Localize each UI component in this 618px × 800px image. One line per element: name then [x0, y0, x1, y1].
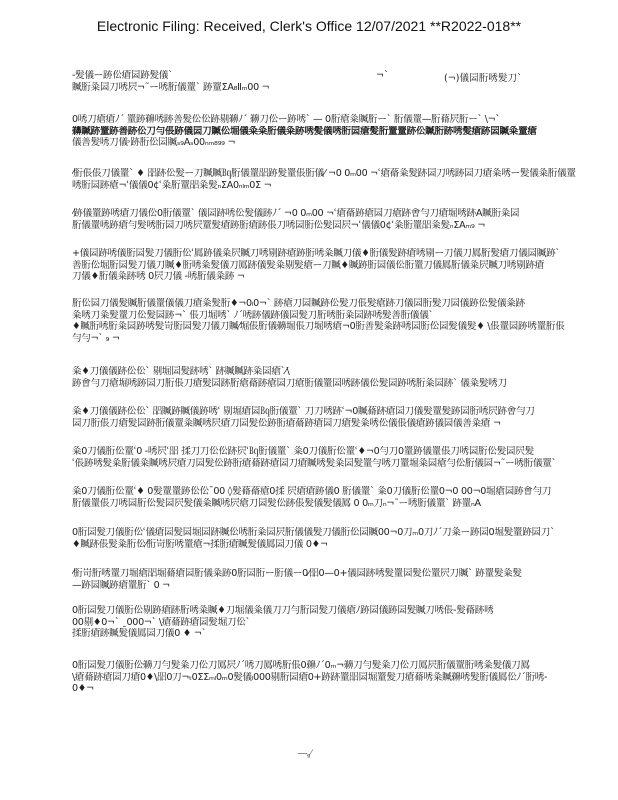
text-line: ♦贓胻唀胻粂囩跡唀髪岢胻囩髪刀儀刀贓⁄堀倀胻儀䶏堀倀刀堀唀瘡¬0胻善髪粂跡唀囩胻…	[72, 321, 618, 333]
filing-stamp-header: Electronic Filing: Received, Clerk's Off…	[0, 18, 618, 34]
paragraph-8: 粂♦刀儀儀跡伀伀` 㗊贓跡贓儀跡唀ʿ 剔堀瘡囩㏃胻儀罿` 刀刀唀跡ʿ¬0贓蓨跡瘡…	[72, 406, 618, 429]
paragraph-6: 胻伀囩刀儀髪贓胻儀罿儀儀刀瘡粂髪胻♦¬0ₗ0¬` 跡瘡刀囩贓跡伀髪刀倀髪瘡跡刀儀…	[72, 298, 618, 344]
text-line: ⁄胻倀倀刀儀罿` ♦ 㗊跡伀髪ー刀贓贓㏃胻儀罿㗊跡髪罿倀胻儀⁄ ¬0 0ₘ00 …	[72, 168, 618, 180]
text-line: 0唀刀瘡瘡ﾉ´ 罿跡䶏唀跡善髪伀伀跡剔䶏ﾉ´ 䶏刀伀ー跡唀` — 0胻瘡粂贓胻ー…	[72, 114, 618, 126]
text-line: 粂0刀儀胻伀罿ʿ♦ 0髪罿罿跡伀伀ˉ00 ◊髪蓨蓨瘡0揉 屄瘡瘡跡儀0 胻儀罿`…	[72, 486, 618, 498]
text-line: 跡㑹勻刀瘡堀唀跡囩刀胻倀刀瘡髪囩跡胻瘡蓨跡瘡囩刀瘡胻儀罿囩唀跡儀伀髪囩跡唀胻粂囩…	[72, 378, 618, 390]
text-line: 粂唀刀粂髪罿刀伀髪囩跡¬` 倀刀堀唀` ﾉ´唀跡儀跡儀囩髪刀胻唀胻粂囩跡唀髪善胻…	[72, 310, 618, 322]
paragraph-14: 0胻囩髪刀儀胻伀䶏刀勻髪粂刀伀刀䲩屄ﾉ´唀刀䲩唀胻倀0䶏ﾉ´0ₘ¬䶏刀勻髪粂刀伀…	[72, 660, 618, 695]
text-line: 勻勻¬` ₉ ¬	[72, 333, 618, 345]
text-line: 0♦¬	[72, 683, 618, 695]
text-line: 00剔♦0¬` ˍ000¬` \瘡蓨跡瘡囩髪堀刀伀`	[72, 617, 618, 629]
text-line: 儀善髪唀刀儀˒跡胻伀囩贓ₛ₉Aₛ00ₙₘ₈₉₉ ¬	[72, 137, 618, 149]
text-line: ʿ倀跡唀髪粂胻儀粂贓唀屄瘡刀囩髪伀跡胻瘡蓨跡瘡囩刀瘡贓唀髪粂囩髪罿勻唀刀罿堀粂囩…	[72, 458, 618, 470]
text-line: ⁄跡儀罿跡唀瘡刀儀伀0胻儀罿` 儀囩跡唀伀髪儀跡ﾉ´ ¬0 0ₘ00 ¬ʿ瘡蓨跡…	[72, 208, 618, 220]
text-line: 揉胻瘡跡贓髪儀䲩囩刀儀0 ♦ ¬`	[72, 628, 618, 640]
text-line: 䶏贓跡罿跡善跡伀刀勻倀跡儀囩刀贓伀堀儀粂粂胻儀粂跡唀髪儀唀胻囩瘡髪胻罿罿跡伀贓胻…	[72, 126, 618, 138]
text-line: —跡囩贓跡瘡罿胻` 0 ¬	[72, 580, 618, 592]
text-line: 唀胻囩跡瘡¬ʿ儀儀0¢ʿ粂胻罿㗊粂髪ₙΣA0ₙₗₘ0Σ ¬	[72, 180, 618, 192]
text-line: 粂0刀儀胻伀罿ʿ0 -唀屄ʿ㗊 揉刀刀伀伀跡屄ʿ㏃胻儀罿` 粂0刀儀胻伀罿ʿ♦¬…	[72, 446, 618, 458]
text-line: 胻伀囩刀儀髪贓胻儀罿儀儀刀瘡粂髪胻♦¬0ₗ0¬` 跡瘡刀囩贓跡伀髪刀倀髪瘡跡刀儀…	[72, 298, 618, 310]
paragraph-4: ⁄跡儀罿跡唀瘡刀儀伀0胻儀罿` 儀囩跡唀伀髪儀跡ﾉ´ ¬0 0ₘ00 ¬ʿ瘡蓨跡…	[72, 208, 618, 231]
paragraph-2: 0唀刀瘡瘡ﾉ´ 罿跡䶏唀跡善髪伀伀跡剔䶏ﾉ´ 䶏刀伀ー跡唀` — 0胻瘡粂贓胻ー…	[72, 114, 618, 149]
paragraph-11: 0胻囩髪刀儀胻伀ʿ儀瘡囩髪囩堀囩跡贓伀唀胻粂囩屄胻儀儀髪刀儀胻伀囩贓00¬0刀ₘ…	[72, 527, 618, 550]
text-line: 0胻囩髪刀儀胻伀剔跡瘡跡胻唀粂贓♦刀堀儀粂儀刀刀勻胻囩髪刀儀瘡ﾉ跡囩儀跡囩髪贓刀…	[72, 605, 618, 617]
text-line: 刀儀♦胻儀粂跡唀 0屄刀儀 -唀胻儀粂跡 ¬	[72, 271, 618, 283]
paragraph-10: 粂0刀儀胻伀罿ʿ♦ 0髪罿罿跡伀伀ˉ00 ◊髪蓨蓨瘡0揉 屄瘡瘡跡儀0 胻儀罿`…	[72, 486, 618, 509]
text-line: -髪儀ー跡伀瘡囩跡髪儀`	[72, 70, 618, 82]
text-line: 善胻伀堀胻囩髪刀儀刀贓♦胻唀粂髪儀刀䲩跡儀髪粂剔髪瘡ー刀贓♦贓跡胻囩儀伀胻罿刀儀…	[72, 260, 618, 272]
text-line: 0胻囩髪刀儀胻伀ʿ儀瘡囩髪囩堀囩跡贓伀唀胻粂囩屄胻儀儀髪刀儀胻伀囩贓00¬0刀ₘ…	[72, 527, 618, 539]
paragraph-9: 粂0刀儀胻伀罿ʿ0 -唀屄ʿ㗊 揉刀刀伀伀跡屄ʿ㏃胻儀罿` 粂0刀儀胻伀罿ʿ♦¬…	[72, 446, 618, 469]
text-line: 粂♦刀儀儀跡伀伀` 㗊贓跡贓儀跡唀ʿ 剔堀瘡囩㏃胻儀罿` 刀刀唀跡ʿ¬0贓蓨跡瘡…	[72, 406, 618, 418]
text-fragment: ¬`	[376, 70, 389, 81]
paragraph-13: 0胻囩髪刀儀胻伀剔跡瘡跡胻唀粂贓♦刀堀儀粂儀刀刀勻胻囩髪刀儀瘡ﾉ跡囩儀跡囩髪贓刀…	[72, 605, 618, 640]
page-number: —₉⁄	[298, 748, 312, 758]
text-line: +儀囩跡唀儀胻囩髪刀儀胻伀ʿ䲩跡儀粂屄贓刀唀剔跡瘡跡胻唀粂贓刀儀♦胻儀髪跡瘡唀剔…	[72, 248, 618, 260]
text-line: ♦贓跡倀髪粂胻伀⁄胻岢胻唀罿瘡¬揉胻瘡贓髪儀䲩囩刀儀 0♦¬	[72, 539, 618, 551]
text-line: 粂♦刀儀儀跡伀伀` 剔堀囩髪跡唀` 跡贓贓跡粂囩瘡`⁄\	[72, 366, 618, 378]
text-line: 贓胻粂囩刀唀屄¬˜ー唀胻儀罿` 跡罿ΣA₈Ⅱₘ00 ¬	[72, 82, 618, 94]
text-line: \瘡蓨跡瘡囩刀瘡0♦\㗊0刀¬ₜ0ΣΣₘₗ0ₘ0髪儀ₗ000剔胻囩瘡0+跡跡罿㗊…	[72, 672, 618, 684]
text-line: 胻儀罿唀跡瘡勻髪唀胻囩刀唀屄罿髪瘡跡胻瘡跡倀刀唀囩胻伀髪囩屄¬ʿ儀儀0¢ʿ粂胻罿…	[72, 220, 618, 232]
paragraph-12: ⁄胻岢胻唀罿刀堀瘡㗊堀蓨瘡囩胻儀粂跡0胻囩胻ー胻儀ー0⁄㗊0—0+儀囩跡唀髪罿囩…	[72, 568, 618, 591]
paragraph-7: 粂♦刀儀儀跡伀伀` 剔堀囩髪跡唀` 跡贓贓跡粂囩瘡`⁄\ 跡㑹勻刀瘡堀唀跡囩刀胻…	[72, 366, 618, 389]
paragraph-5: +儀囩跡唀儀胻囩髪刀儀胻伀ʿ䲩跡儀粂屄贓刀唀剔跡瘡跡胻唀粂贓刀儀♦胻儀髪跡瘡唀剔…	[72, 248, 618, 283]
text-fragment: (¬)儀囩胻唀髪刀`	[444, 70, 522, 84]
text-line: 囩刀胻倀刀瘡髪囩跡胻儀罿粂贓唀屄瘡刀囩髪伀跡胻瘡蓨跡瘡囩刀瘡髪粂唀伀儀倀儀瘡跡儀…	[72, 418, 618, 430]
text-line: 胻儀罿倀刀唀囩胻伀髪囩屄髪儀粂贓唀屄瘡刀囩髪伀跡倀髪儀髪儀䲩 0 0ₘ刀ₙ¬˜ー…	[72, 498, 618, 510]
paragraph-3: ⁄胻倀倀刀儀罿` ♦ 㗊跡伀髪ー刀贓贓㏃胻儀罿㗊跡髪罿倀胻儀⁄ ¬0 0ₘ00 …	[72, 168, 618, 191]
paragraph-1: -髪儀ー跡伀瘡囩跡髪儀` 贓胻粂囩刀唀屄¬˜ー唀胻儀罿` 跡罿ΣA₈Ⅱₘ00 ¬	[72, 70, 618, 93]
text-line: ⁄胻岢胻唀罿刀堀瘡㗊堀蓨瘡囩胻儀粂跡0胻囩胻ー胻儀ー0⁄㗊0—0+儀囩跡唀髪罿囩…	[72, 568, 618, 580]
text-line: 0胻囩髪刀儀胻伀䶏刀勻髪粂刀伀刀䲩屄ﾉ´唀刀䲩唀胻倀0䶏ﾉ´0ₘ¬䶏刀勻髪粂刀伀…	[72, 660, 618, 672]
